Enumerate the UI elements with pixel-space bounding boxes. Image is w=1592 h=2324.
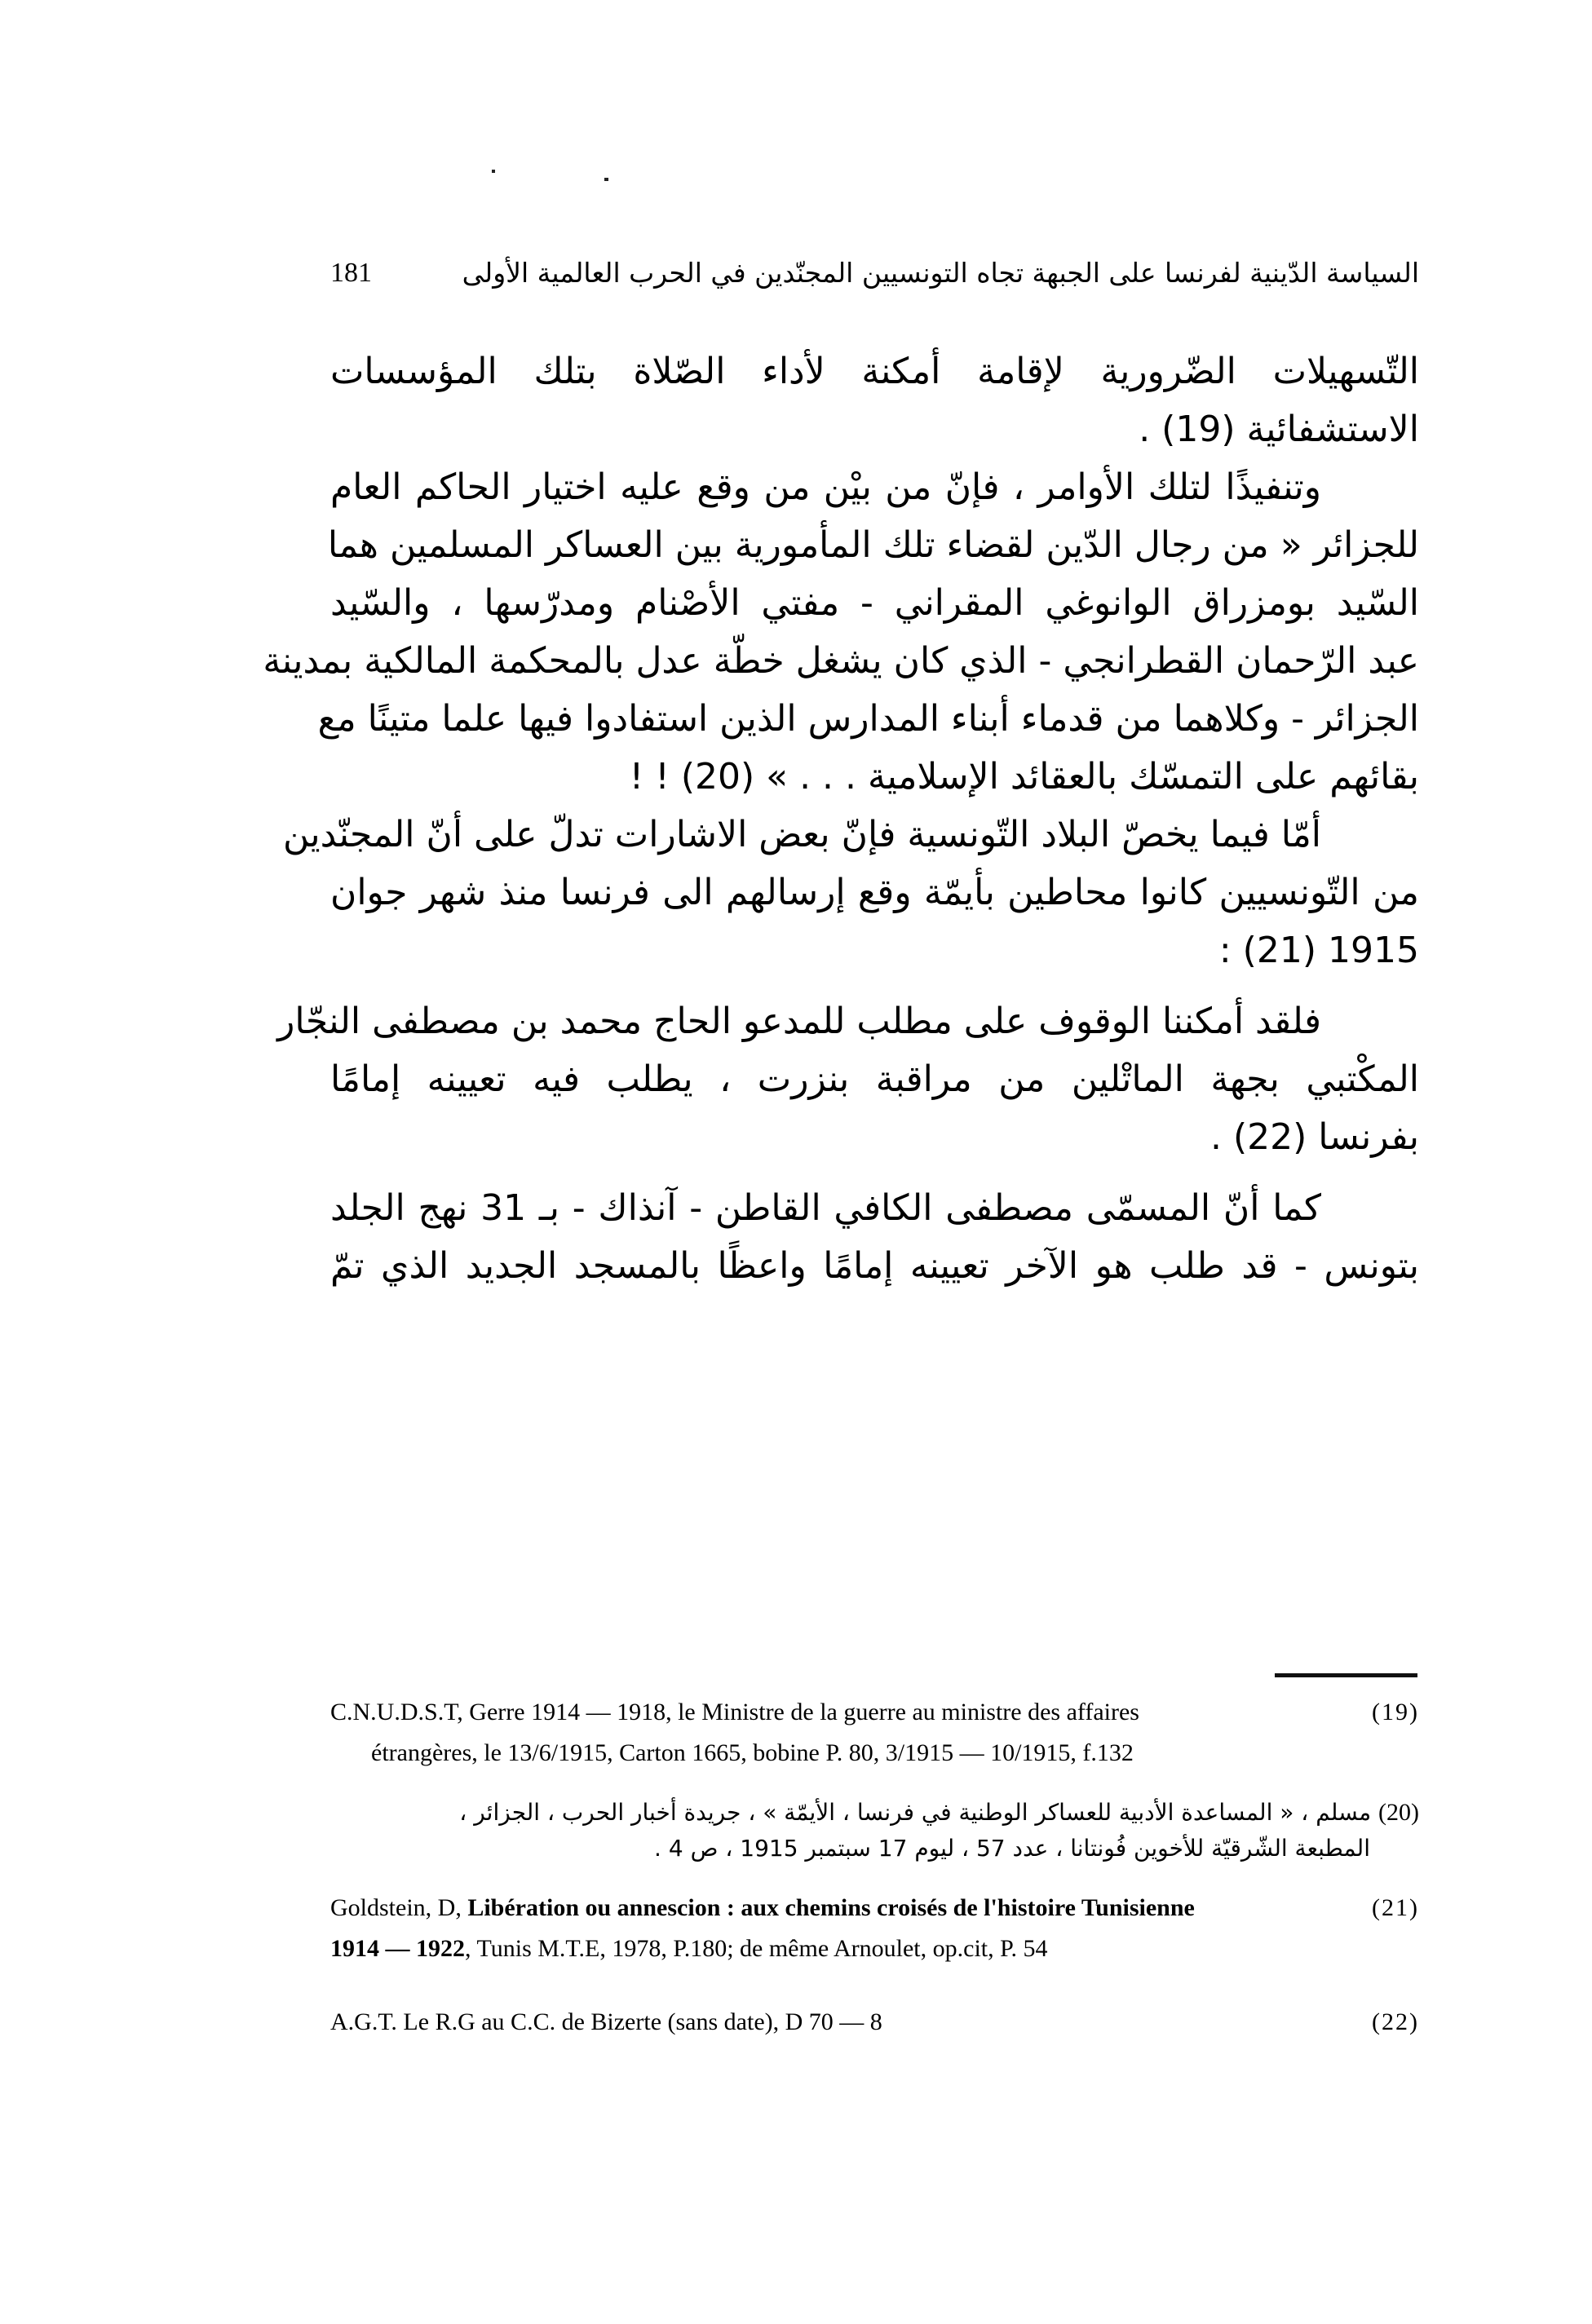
text-line: السّيد بومزراق الوانوغي المقراني - مفتي …: [330, 574, 1419, 632]
running-head: السياسة الدّينية لفرنسا على الجبهة تجاه …: [330, 249, 1419, 298]
text-line: كما أنّ المسمّى مصطفى الكافي القاطن - آن…: [330, 1179, 1419, 1237]
text-line: من التّونسيين كانوا محاطين بأيمّة وقع إر…: [330, 864, 1419, 921]
text-line: بقائهم على التمسّك بالعقائد الإسلامية . …: [330, 748, 1419, 806]
footnote-19: C.N.U.D.S.T, Gerre 1914 — 1918, le Minis…: [330, 1692, 1419, 1774]
footnote-number: (22): [1372, 2002, 1419, 2043]
footnote-20: (20) مسلم ، « المساعدة الأدبية للعساكر ا…: [330, 1795, 1419, 1867]
footnote-book-title: Libération ou annescion : aux chemins cr…: [467, 1894, 1195, 1921]
paragraph: فلقد أمكننا الوقوف على مطلب للمدعو الحاج…: [330, 992, 1419, 1166]
text-line: أمّا فيما يخصّ البلاد التّونسية فإنّ بعض…: [330, 806, 1419, 864]
document-page: السياسة الدّينية لفرنسا على الجبهة تجاه …: [0, 0, 1592, 2324]
footnote-separator: [1275, 1673, 1417, 1677]
text-line: فلقد أمكننا الوقوف على مطلب للمدعو الحاج…: [330, 992, 1419, 1050]
text-line: للجزائر « من رجال الدّين لقضاء تلك المأم…: [330, 516, 1419, 574]
running-head-title: السياسة الدّينية لفرنسا على الجبهة تجاه …: [462, 249, 1419, 298]
text-line: الجزائر - وكلاهما من قدماء أبناء المدارس…: [330, 690, 1419, 748]
footnote-text: مسلم ، « المساعدة الأدبية للعساكر الوطني…: [459, 1799, 1371, 1826]
footnote-number: (20): [1378, 1799, 1419, 1826]
footnote-text: C.N.U.D.S.T, Gerre 1914 — 1918, le Minis…: [330, 1692, 1139, 1733]
footnotes: C.N.U.D.S.T, Gerre 1914 — 1918, le Minis…: [330, 1692, 1419, 2043]
footnote-number: (19): [1372, 1692, 1419, 1733]
footnote-author: Goldstein, D,: [330, 1894, 467, 1921]
text-line: المكْتبي بجهة الماتْلين من مراقبة بنزرت …: [330, 1050, 1419, 1108]
paragraph: التّسهيلات الضّرورية لإقامة أمكنة لأداء …: [330, 342, 1419, 458]
paragraph: أمّا فيما يخصّ البلاد التّونسية فإنّ بعض…: [330, 806, 1419, 979]
text-line: 1915 (21) :: [330, 921, 1419, 979]
text-line: بتونس - قد طلب هو الآخر تعيينه إمامًا وا…: [330, 1237, 1419, 1295]
footnote-text: , Tunis M.T.E, 1978, P.180; de même Arno…: [465, 1935, 1047, 1962]
footnote-book-years: 1914 — 1922: [330, 1935, 465, 1962]
scan-speck: [604, 178, 608, 181]
text-line: وتنفيذًا لتلك الأوامر ، فإنّ من بيْن من …: [330, 458, 1419, 516]
text-line: التّسهيلات الضّرورية لإقامة أمكنة لأداء …: [330, 342, 1419, 400]
text-line: الاستشفائية (19) .: [330, 400, 1419, 458]
footnote-text: المطبعة الشّرقيّة للأخوين فُونتانا ، عدد…: [330, 1831, 1419, 1867]
scan-speck: [492, 170, 495, 173]
footnote-text: étrangères, le 13/6/1915, Carton 1665, b…: [371, 1733, 1134, 1774]
footnote-22: A.G.T. Le R.G au C.C. de Bizerte (sans d…: [330, 2002, 1419, 2043]
page-number: 181: [330, 249, 372, 298]
footnote-number: (21): [1372, 1888, 1419, 1929]
paragraph: كما أنّ المسمّى مصطفى الكافي القاطن - آن…: [330, 1179, 1419, 1295]
text-line: عبد الرّحمان القطرانجي - الذي كان يشغل خ…: [330, 632, 1419, 690]
body-text: التّسهيلات الضّرورية لإقامة أمكنة لأداء …: [330, 342, 1419, 1295]
text-line: بفرنسا (22) .: [330, 1108, 1419, 1166]
footnote-text: A.G.T. Le R.G au C.C. de Bizerte (sans d…: [330, 2002, 882, 2043]
paragraph: وتنفيذًا لتلك الأوامر ، فإنّ من بيْن من …: [330, 458, 1419, 806]
footnote-21: Goldstein, D, Libération ou annescion : …: [330, 1888, 1419, 1969]
